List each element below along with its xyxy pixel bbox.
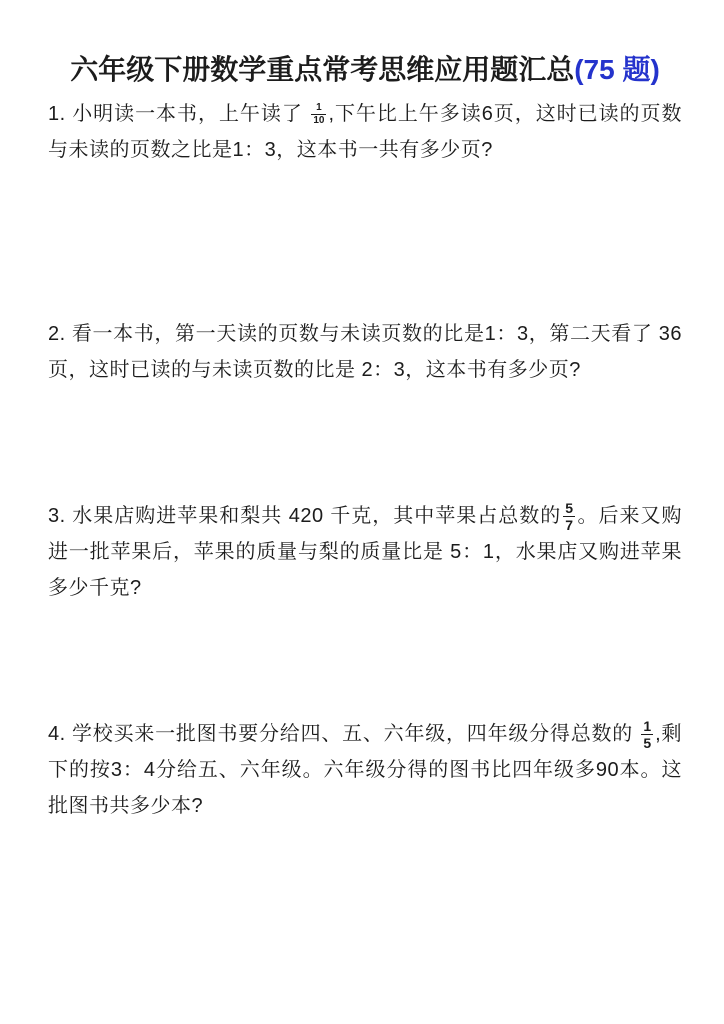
fraction-numerator: 1	[641, 719, 653, 734]
page-title-text: 六年级下册数学重点常考思维应用题汇总	[70, 54, 574, 85]
page-title: 六年级下册数学重点常考思维应用题汇总(75 题)	[48, 50, 682, 90]
problem-3-text-before-fraction: 3. 水果店购进苹果和梨共 420 千克，其中苹果占总数的	[48, 505, 561, 527]
fraction-five-sevenths: 57	[563, 501, 575, 532]
worksheet-page: 六年级下册数学重点常考思维应用题汇总(75 题) 1. 小明读一本书，上午读了 …	[0, 0, 724, 1024]
fraction-one-fifth: 15	[641, 719, 653, 750]
fraction-denominator: 5	[641, 734, 653, 751]
fraction-numerator: 5	[563, 501, 575, 516]
fraction-numerator: 1	[314, 103, 324, 114]
problem-2-text: 2. 看一本书，第一天读的页数与未读页数的比是1：3，第二天看了 36 页，这时…	[48, 323, 682, 381]
fraction-denominator: 10	[311, 114, 326, 127]
problem-1: 1. 小明读一本书，上午读了 110,下午比上午多读6页，这时已读的页数与未读的…	[48, 96, 682, 168]
problem-4: 4. 学校买来一批图书要分给四、五、六年级，四年级分得总数的 15,剩下的按3：…	[48, 716, 682, 824]
problem-3: 3. 水果店购进苹果和梨共 420 千克，其中苹果占总数的57。后来又购进一批苹…	[48, 498, 682, 606]
fraction-denominator: 7	[563, 516, 575, 533]
fraction-one-tenth: 110	[311, 103, 326, 126]
problem-4-text-before-fraction: 4. 学校买来一批图书要分给四、五、六年级，四年级分得总数的	[48, 723, 639, 745]
problem-2: 2. 看一本书，第一天读的页数与未读页数的比是1：3，第二天看了 36 页，这时…	[48, 316, 682, 388]
problem-1-text-before-fraction: 1. 小明读一本书，上午读了	[48, 103, 309, 125]
page-title-question-count: (75 题)	[574, 54, 660, 85]
